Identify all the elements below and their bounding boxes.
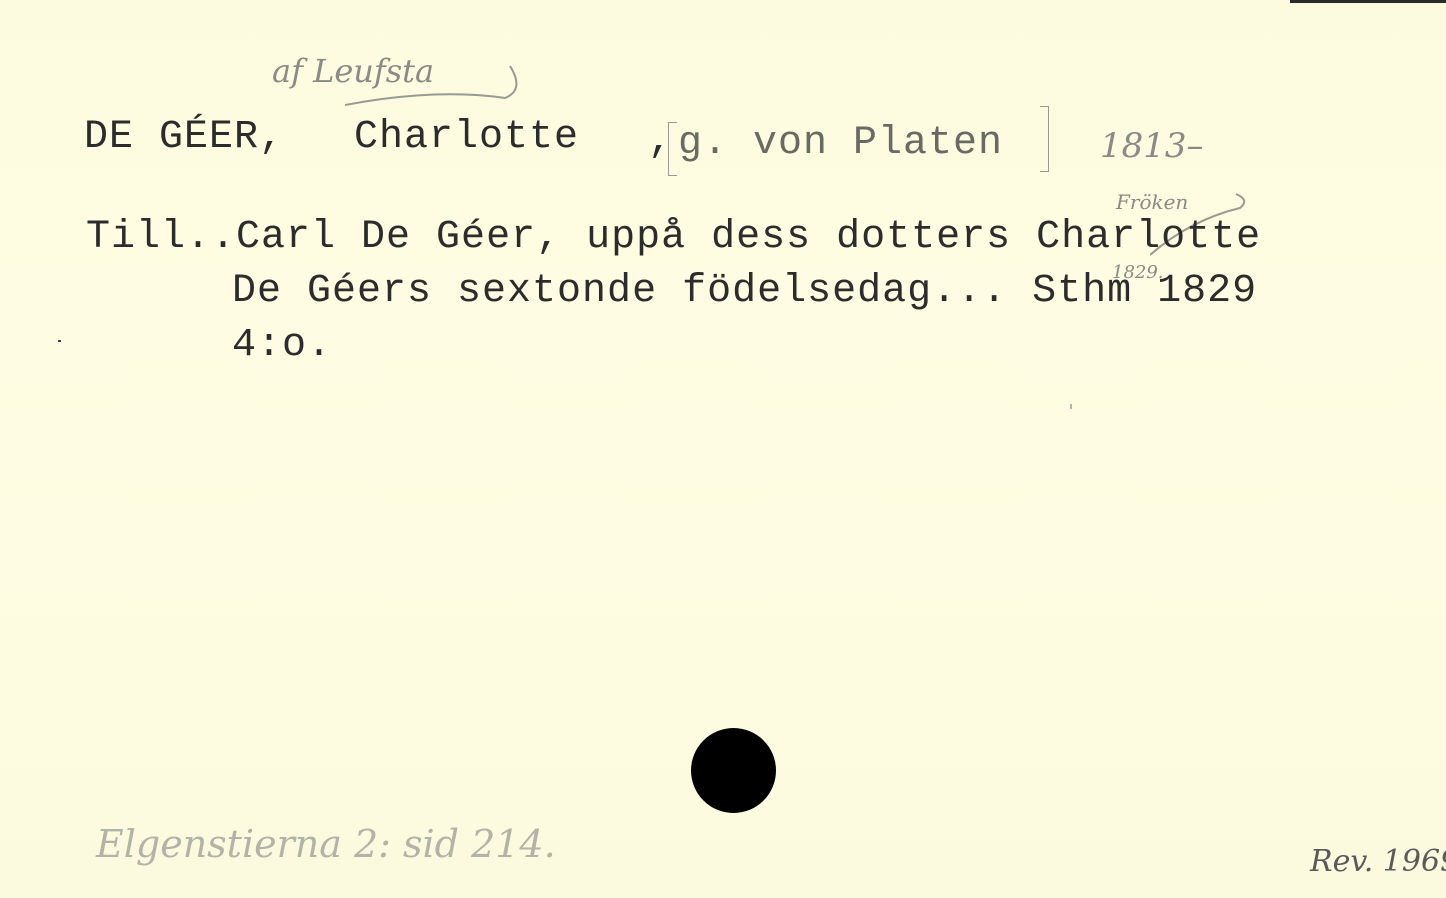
body-line-3: 4:o. [232, 322, 332, 370]
footer-reference: Elgenstierna 2: sid 214. [96, 822, 556, 866]
catalog-card: af Leufsta DE GÉER, Charlotte , g. von P… [0, 0, 1446, 898]
body-line-1: Till..Carl De Géer, uppå dess dotters Ch… [86, 214, 1261, 262]
heading-surname: DE GÉER, [84, 114, 284, 162]
punch-hole [691, 728, 776, 813]
right-bracket [1040, 106, 1049, 172]
left-bracket [668, 122, 677, 176]
body-line-2: De Géers sextonde födelsedag... Sthm 182… [232, 268, 1257, 316]
heading-given-name: Charlotte [354, 114, 579, 162]
card-top-edge [1290, 0, 1446, 3]
heading-married-name: g. von Platen [678, 120, 1003, 168]
revision-note: Rev. 1969 [1310, 844, 1446, 879]
speck [1070, 404, 1072, 409]
handwritten-year-insert: 1829. [1112, 262, 1164, 283]
speck [58, 340, 61, 342]
handwritten-birth-year: 1813– [1100, 126, 1204, 166]
pencil-underline-curve [345, 60, 525, 110]
